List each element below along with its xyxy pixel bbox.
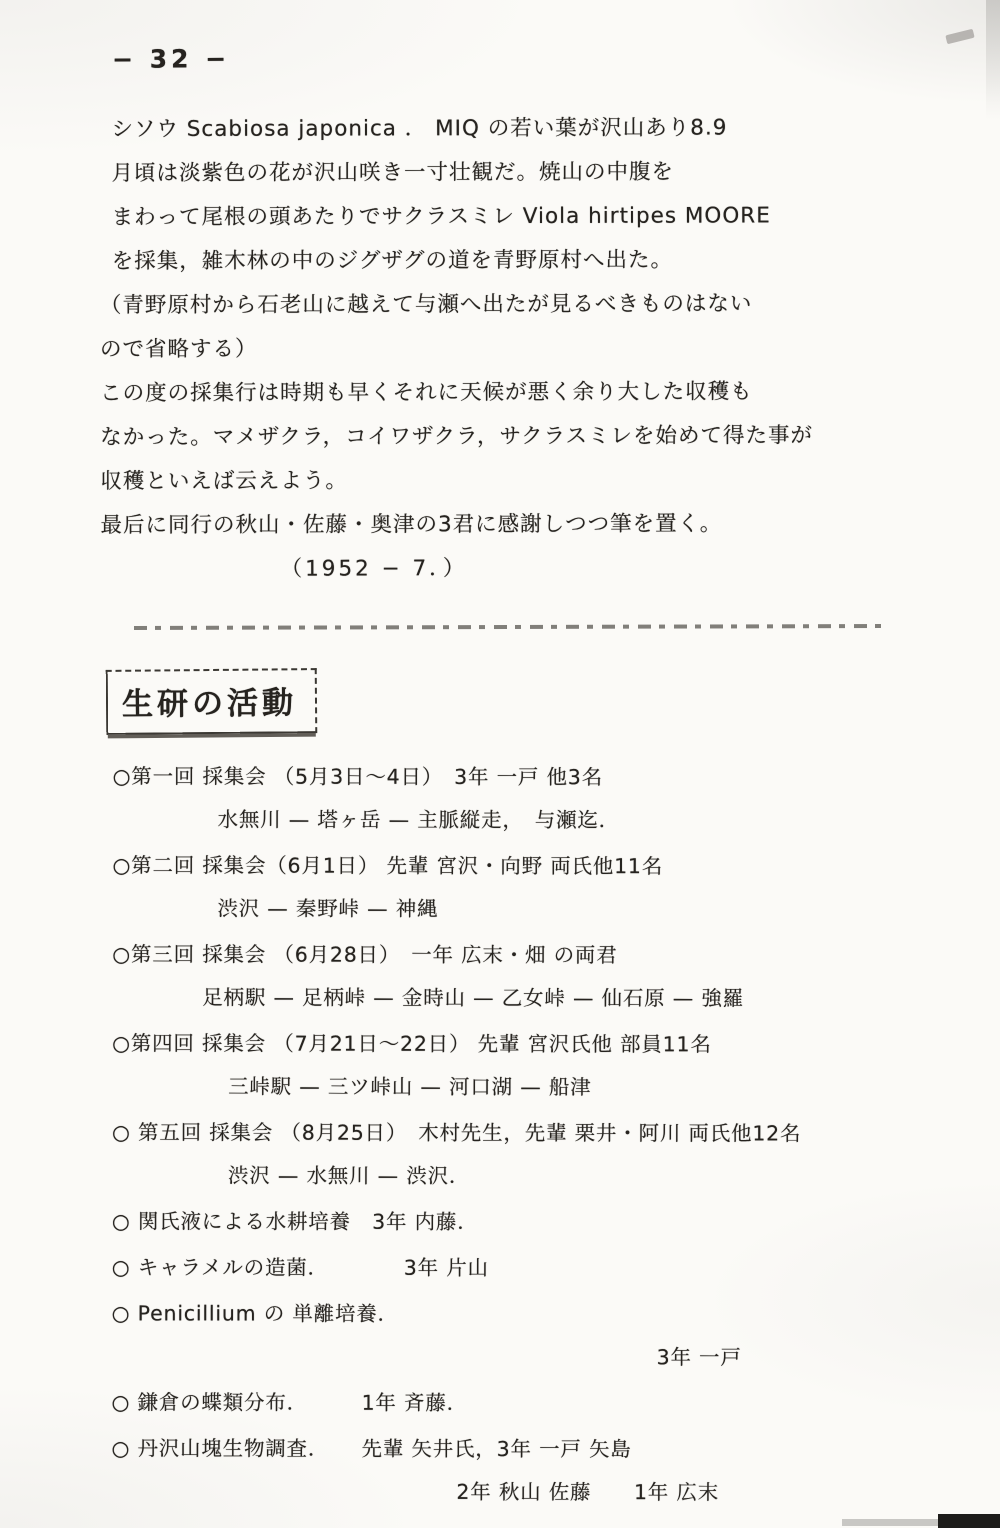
activity-item: ○ Penicillium の 単離培養． 3年 一戸 [112, 1292, 944, 1379]
activity-text: ○ Penicillium の 単離培養． [112, 1292, 944, 1336]
activity-route: 渋沢 — 水無川 — 渋沢． [228, 1154, 944, 1198]
essay-line: まわって尾根の頭あたりでサクラスミレ Viola hirtipes MOORE [112, 194, 942, 240]
activity-route: 水無川 — 塔ヶ岳 — 主脈縦走， 与瀬迄． [218, 798, 945, 842]
activity-item: ○ 関氏液による水耕培養 3年 内藤． [112, 1200, 944, 1244]
activity-route: 渋沢 — 秦野峠 — 神縄 [217, 887, 944, 931]
activity-item: ○ 丹沢山塊生物調査． 先輩 矢井氏，3年 一戸 矢島 2年 秋山 佐藤 1年 … [111, 1427, 943, 1514]
activity-text: ○ 鎌倉の蝶類分布． 1年 斉藤． [111, 1381, 943, 1425]
activity-route: 足柄駅 — 足柄峠 — 金時山 — 乙女峠 — 仙石原 — 強羅 [202, 976, 944, 1020]
essay-date: （1952 − 7．） [281, 546, 943, 592]
activity-item: ○ 鎌倉の蝶類分布． 1年 斉藤． [111, 1381, 943, 1425]
essay-line: この度の採集行は時期も早くそれに天候が悪く余り大した収穫も [100, 370, 942, 416]
scanned-page: − 32 − シソウ Scabiosa japonica ． MIQ の若い葉が… [0, 0, 1000, 1528]
activity-text: ○第四回 採集会 （7月21日〜22日） 先輩 宮沢氏他 部員11名 [112, 1022, 944, 1066]
activity-text: ○ 関氏液による水耕培養 3年 内藤． [112, 1200, 944, 1244]
activity-item: ○第二回 採集会（6月1日） 先輩 宮沢・向野 両氏他11名 渋沢 — 秦野峠 … [112, 844, 944, 931]
page-number: − 32 − [112, 39, 944, 74]
activity-text: ○ キャラメルの造菌． 3年 片山 [112, 1246, 944, 1290]
scan-smudge [945, 29, 974, 45]
essay-line: を採集，雑木林の中のジグザグの道を青野原村へ出た。 [112, 238, 942, 284]
essay-line: ので省略する） [100, 326, 942, 372]
essay-line: 最后に同行の秋山・佐藤・奥津の3君に感謝しつつ筆を置く。 [100, 502, 942, 548]
activity-item: ○第四回 採集会 （7月21日〜22日） 先輩 宮沢氏他 部員11名 三峠駅 —… [112, 1022, 944, 1109]
activity-item: ○第三回 採集会 （6月28日） 一年 広末・畑 の両君 足柄駅 — 足柄峠 —… [112, 933, 944, 1020]
essay-line: （青野原村から石老山に越えて与瀬へ出たが見るべきものはない [100, 282, 942, 328]
activity-participants: 3年 一戸 [657, 1336, 944, 1380]
essay-line: シソウ Scabiosa japonica ． MIQ の若い葉が沢山あり8.9 [111, 106, 941, 152]
scan-artifact-faint [842, 1519, 940, 1526]
scan-artifact-bar [938, 1514, 1000, 1528]
activity-text: ○第三回 採集会 （6月28日） 一年 広末・畑 の両君 [112, 933, 944, 977]
activity-text: ○第一回 採集会 （5月3日〜4日） 3年 一戸 他3名 [113, 755, 945, 799]
activity-text: ○ 丹沢山塊生物調査． 先輩 矢井氏，3年 一戸 矢島 [111, 1427, 943, 1471]
essay-line: なかった。マメザクラ，コイワザクラ，サクラスミレを始めて得た事が [100, 414, 942, 460]
essay-line: 月頃は淡紫色の花が沢山咲き一寸壮観だ。焼山の中腹を [111, 150, 941, 196]
activity-item: ○ キャラメルの造菌． 3年 片山 [112, 1246, 944, 1290]
activity-item: ○第一回 採集会 （5月3日〜4日） 3年 一戸 他3名 水無川 — 塔ヶ岳 —… [113, 755, 945, 842]
activity-item: ○ 第五回 採集会 （8月25日） 木村先生，先輩 栗井・阿川 両氏他12名 渋… [112, 1111, 944, 1198]
scan-edge-shade [986, 0, 1000, 120]
activity-participants: 2年 秋山 佐藤 1年 広末 [456, 1471, 943, 1515]
essay-paragraph: シソウ Scabiosa japonica ． MIQ の若い葉が沢山あり8.9… [111, 106, 942, 592]
activity-route: 三峠駅 — 三ツ峠山 — 河口湖 — 船津 [228, 1065, 944, 1109]
activity-text: ○ 第五回 採集会 （8月25日） 木村先生，先輩 栗井・阿川 両氏他12名 [112, 1111, 944, 1155]
section-divider [134, 624, 882, 630]
section-title-box: 生研の活動 [106, 668, 318, 735]
section-title: 生研の活動 [122, 685, 297, 723]
activity-text: ○第二回 採集会（6月1日） 先輩 宮沢・向野 両氏他11名 [112, 844, 944, 888]
essay-line: 収穫といえば云えよう。 [100, 458, 942, 504]
activities-list: ○第一回 採集会 （5月3日〜4日） 3年 一戸 他3名 水無川 — 塔ヶ岳 —… [111, 755, 944, 1514]
